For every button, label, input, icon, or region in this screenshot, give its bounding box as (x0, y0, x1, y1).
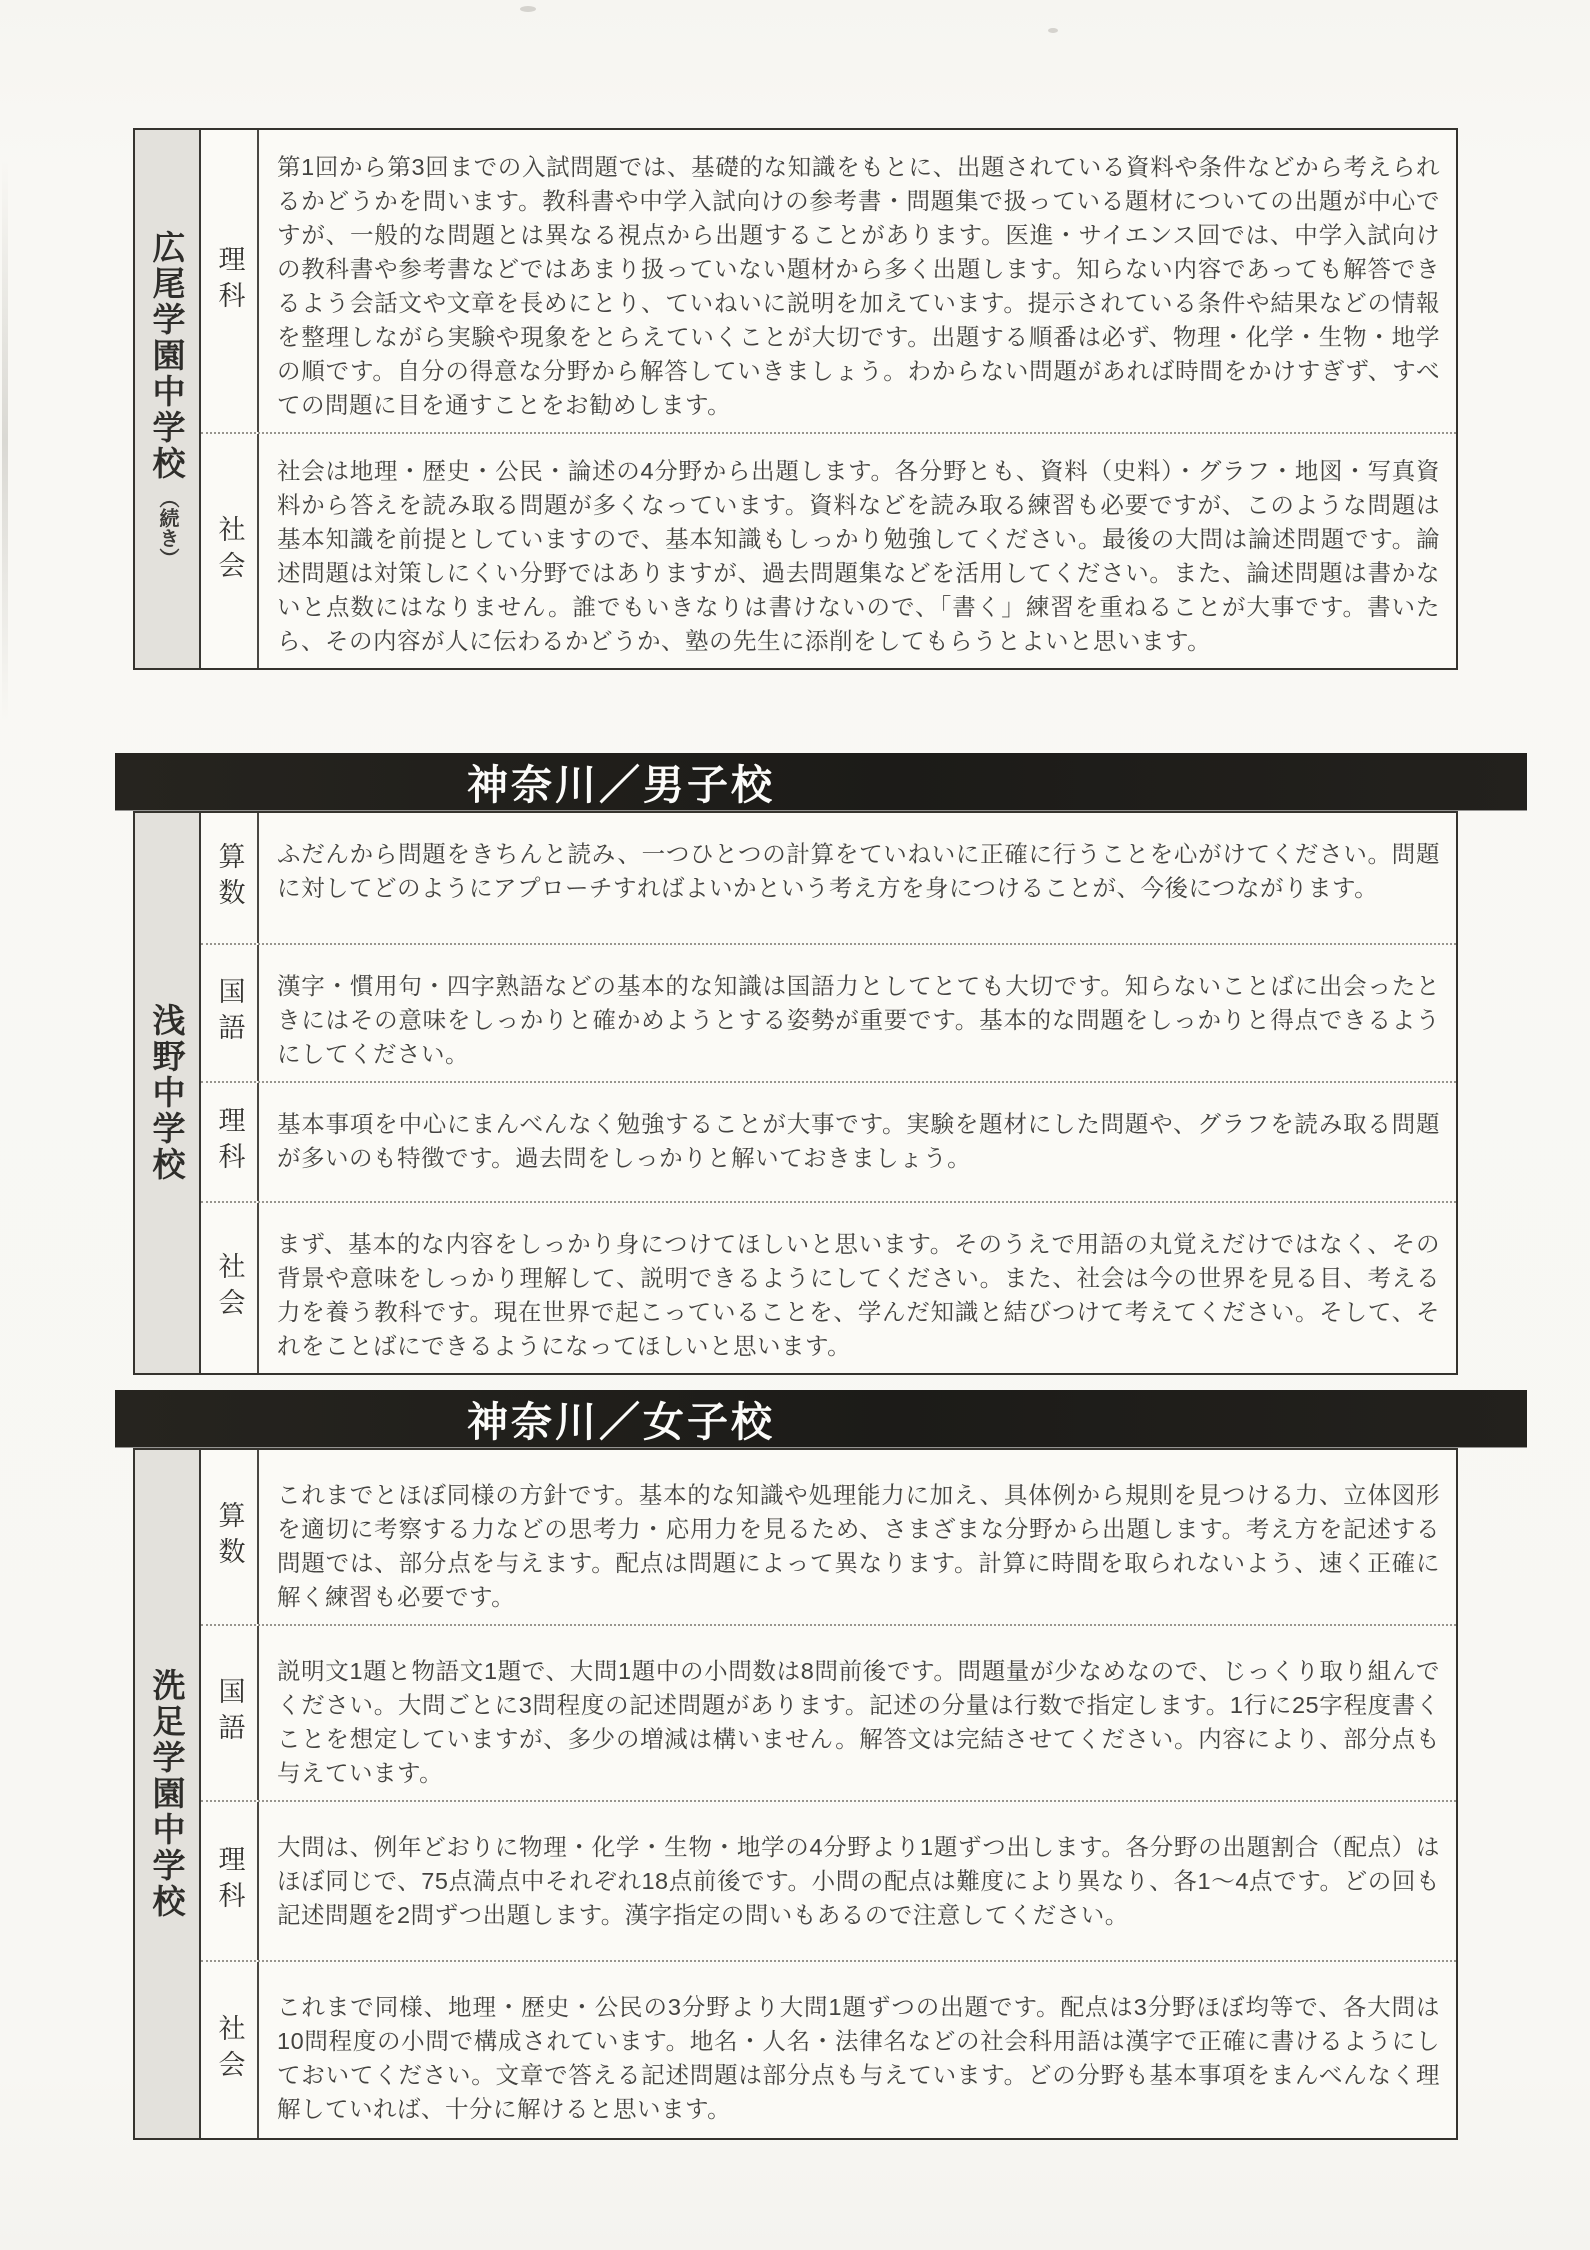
table-row: 国語 漢字・慣用句・四字熟語などの基本的な知識は国語力としてとても大切です。知ら… (201, 943, 1456, 1081)
subject-label: 社会 (216, 1252, 243, 1324)
advice-text: まず、基本的な内容をしっかり身につけてほしいと思います。そのうえで用語の丸覚えだ… (259, 1203, 1456, 1373)
subject-label: 算数 (216, 842, 243, 914)
subject-cell: 算数 (201, 813, 259, 943)
school-table-senzoku: 洗足学園中学校 算数 これまでとほぼ同様の方針です。基本的な知識や処理能力に加え… (133, 1448, 1458, 2140)
subject-cell: 社会 (201, 434, 259, 668)
advice-text: 漢字・慣用句・四字熟語などの基本的な知識は国語力としてとても大切です。知らないこ… (259, 945, 1456, 1081)
subject-label: 社会 (216, 515, 243, 587)
school-name: 広尾学園中学校 (151, 230, 184, 482)
advice-text: 社会は地理・歴史・公民・論述の4分野から出題します。各分野とも、資料（史料）・グ… (259, 434, 1456, 668)
advice-text: これまで同様、地理・歴史・公民の3分野より大問1題ずつの出題です。配点は3分野ほ… (259, 1962, 1456, 2138)
subject-cell: 社会 (201, 1962, 259, 2138)
subject-cell: 国語 (201, 945, 259, 1081)
subject-label: 算数 (216, 1501, 243, 1573)
table-row: 社会 まず、基本的な内容をしっかり身につけてほしいと思います。そのうえで用語の丸… (201, 1201, 1456, 1373)
scanned-document-page: 広尾学園中学校 （続き） 理科 第1回から第3回までの入試問題では、基礎的な知識… (0, 0, 1590, 2250)
section-header-bar: 神奈川／男子校 (115, 753, 1527, 810)
subject-rows: 算数 ふだんから問題をきちんと読み、一つひとつの計算をていねいに正確に行うことを… (201, 813, 1456, 1373)
scan-artifact (1048, 28, 1058, 33)
table-row: 理科 基本事項を中心にまんべんなく勉強することが大事です。実験を題材にした問題や… (201, 1081, 1456, 1201)
table-row: 社会 社会は地理・歴史・公民・論述の4分野から出題します。各分野とも、資料（史料… (201, 432, 1456, 668)
subject-cell: 算数 (201, 1450, 259, 1624)
scan-artifact (2, 160, 8, 720)
advice-text: 基本事項を中心にまんべんなく勉強することが大事です。実験を題材にした問題や、グラ… (259, 1083, 1456, 1201)
subject-label: 国語 (216, 977, 243, 1049)
scan-artifact (520, 6, 536, 12)
school-table-hiroo: 広尾学園中学校 （続き） 理科 第1回から第3回までの入試問題では、基礎的な知識… (133, 128, 1458, 670)
section-header-title: 神奈川／男子校 (467, 752, 775, 811)
table-row: 国語 説明文1題と物語文1題で、大問1題中の小問数は8問前後です。問題量が少なめ… (201, 1624, 1456, 1800)
advice-text: 説明文1題と物語文1題で、大問1題中の小問数は8問前後です。問題量が少なめなので… (259, 1626, 1456, 1800)
subject-rows: 算数 これまでとほぼ同様の方針です。基本的な知識や処理能力に加え、具体例から規則… (201, 1450, 1456, 2138)
advice-text: 大問は、例年どおりに物理・化学・生物・地学の4分野より1題ずつ出します。各分野の… (259, 1802, 1456, 1960)
advice-text: ふだんから問題をきちんと読み、一つひとつの計算をていねいに正確に行うことを心がけ… (259, 813, 1456, 943)
subject-label: 理科 (216, 245, 243, 317)
school-name-column: 洗足学園中学校 (135, 1450, 201, 2138)
subject-cell: 理科 (201, 1802, 259, 1960)
school-name-column: 浅野中学校 (135, 813, 201, 1373)
table-row: 算数 これまでとほぼ同様の方針です。基本的な知識や処理能力に加え、具体例から規則… (201, 1450, 1456, 1624)
school-table-asano: 浅野中学校 算数 ふだんから問題をきちんと読み、一つひとつの計算をていねいに正確… (133, 811, 1458, 1375)
table-row: 理科 第1回から第3回までの入試問題では、基礎的な知識をもとに、出題されている資… (201, 130, 1456, 432)
subject-cell: 社会 (201, 1203, 259, 1373)
school-name: 洗足学園中学校 (151, 1668, 184, 1920)
subject-cell: 理科 (201, 1083, 259, 1201)
subject-cell: 理科 (201, 130, 259, 432)
table-row: 理科 大問は、例年どおりに物理・化学・生物・地学の4分野より1題ずつ出します。各… (201, 1800, 1456, 1960)
advice-text: これまでとほぼ同様の方針です。基本的な知識や処理能力に加え、具体例から規則を見つ… (259, 1450, 1456, 1624)
subject-rows: 理科 第1回から第3回までの入試問題では、基礎的な知識をもとに、出題されている資… (201, 130, 1456, 668)
table-row: 社会 これまで同様、地理・歴史・公民の3分野より大問1題ずつの出題です。配点は3… (201, 1960, 1456, 2138)
section-header-title: 神奈川／女子校 (467, 1389, 775, 1448)
section-header-bar: 神奈川／女子校 (115, 1390, 1527, 1447)
subject-label: 理科 (216, 1106, 243, 1178)
subject-label: 社会 (216, 2014, 243, 2086)
school-name: 浅野中学校 (151, 1003, 184, 1183)
advice-text: 第1回から第3回までの入試問題では、基礎的な知識をもとに、出題されている資料や条… (259, 130, 1456, 432)
subject-label: 国語 (216, 1677, 243, 1749)
table-row: 算数 ふだんから問題をきちんと読み、一つひとつの計算をていねいに正確に行うことを… (201, 813, 1456, 943)
school-name-column: 広尾学園中学校 （続き） (135, 130, 201, 668)
subject-cell: 国語 (201, 1626, 259, 1800)
subject-label: 理科 (216, 1845, 243, 1917)
school-name-suffix: （続き） (157, 488, 177, 568)
